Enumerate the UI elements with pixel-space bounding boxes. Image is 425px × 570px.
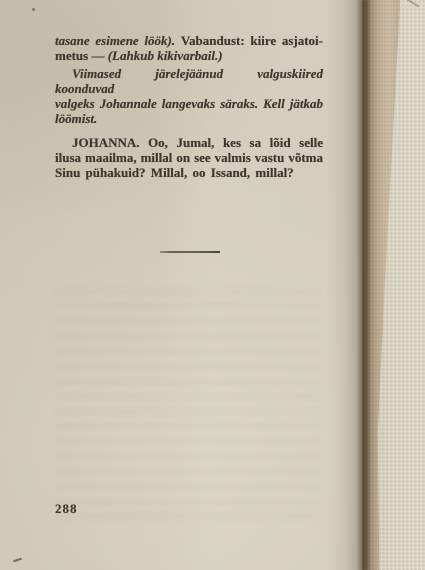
stage-direction-text: tasane esimene löök). [55,33,181,48]
section-divider [160,251,220,253]
paragraph-2-line-2: valgeks Johannale langevaks säraks. Kell… [55,96,323,111]
paragraph-3-line-1: JOHANNA. Oo, Jumal, kes sa lõid selle [55,135,323,150]
paragraph-1-line-1: tasane esimene löök). Vabandust: kiire a… [55,33,323,48]
stage-direction-text: (Lahkub kikivarbail.) [108,48,223,63]
page-number: 288 [55,501,78,517]
paragraph-2-line-1: Viimased järelejäänud valguskiired koond… [55,66,323,96]
reverse-side-text-ghosting [55,285,320,520]
paragraph-2-line-3: löömist. [55,111,323,126]
book-page: tasane esimene löök). Vabandust: kiire a… [0,0,364,570]
text-block: tasane esimene löök). Vabandust: kiire a… [55,33,323,180]
paper-mark [13,558,22,563]
paper-speck [32,8,35,11]
paragraph-3-line-2: ilusa maailma, millal on see valmis vast… [55,150,323,165]
paragraph-1-line-2: metus — (Lahkub kikivarbail.) [55,48,323,63]
book-photo: tasane esimene löök). Vabandust: kiire a… [0,0,425,570]
paragraph-3-line-3: Sinu pühakuid? Millal, oo Issand, millal… [55,165,323,180]
binding-crease [356,0,370,570]
dialogue-text: metus — [55,48,108,63]
dialogue-text: Vabandust: kiire asjatoi- [181,33,323,48]
